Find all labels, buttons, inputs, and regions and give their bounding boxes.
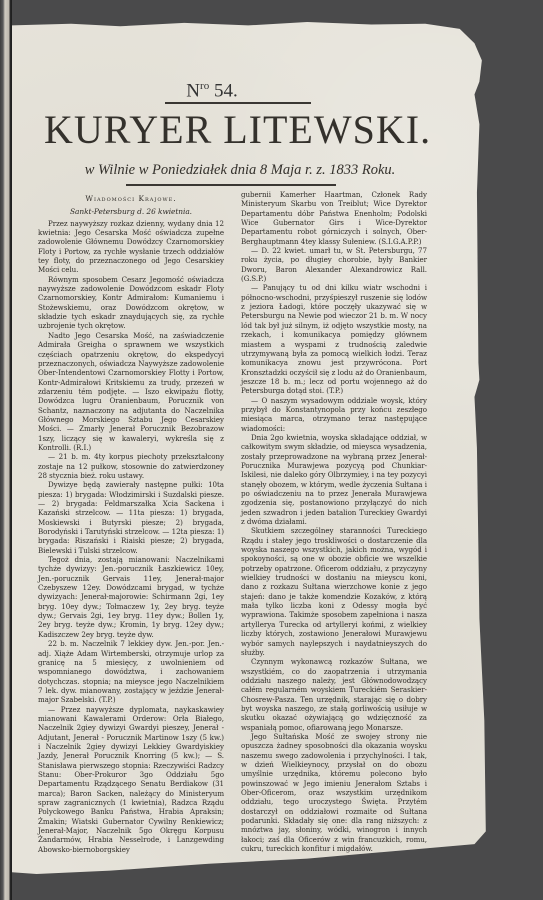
article-paragraph: Nadto Jego Cesarska Mość, na zaświadczen… <box>38 331 224 452</box>
header-rule-bottom <box>126 184 336 186</box>
article-paragraph: gubernii Kamerher Haartman, Członek Rady… <box>241 190 427 246</box>
article-paragraph: Przez naywyższy rozkaz dzienny, wydany d… <box>38 219 224 275</box>
article-paragraph: Czynnym wykonawcą rozkazów Sułtana, we w… <box>241 657 427 732</box>
issue-number-sup: ro <box>200 80 209 92</box>
dateline: w Wilnie w Poniedziałek dnia 8 Maja r. z… <box>60 162 420 179</box>
article-paragraph: — Przez naywyższe dyplomata, naykaskawie… <box>38 705 224 855</box>
article-paragraph: Dnia 2go kwietnia, woyska składające odd… <box>241 433 427 526</box>
section-heading: Wiadomości Krajowe. <box>38 194 224 203</box>
article-paragraph: Równym sposobem Cesarz Jegomość oświadcz… <box>38 275 224 331</box>
article-paragraph: — D. 22 kwiet. umarł tu, w St. Petersbur… <box>241 246 427 283</box>
article-paragraph: Jego Sułtańska Mość ze swojey strony nie… <box>241 732 427 853</box>
book-binding-edge <box>0 0 12 900</box>
issue-number-value: 54. <box>214 80 238 101</box>
article-paragraph: — Panujący tu od dni kilku wiatr wschodn… <box>241 283 427 395</box>
right-column: gubernii Kamerher Haartman, Członek Rady… <box>241 190 427 853</box>
article-paragraph: 22 b. m. Naczelnik 7 lekkiey dyw. Jen.-p… <box>38 639 224 704</box>
article-paragraph: — O naszym wysadowym oddziale woysk, któ… <box>241 396 427 433</box>
header-rule-top <box>165 102 311 104</box>
issue-number: Nro 54. <box>12 80 412 102</box>
article-paragraph: Skutkiem szczególney staranności Turecki… <box>241 526 427 657</box>
left-column: Wiadomości Krajowe. Sankt-Petersburg d. … <box>38 192 224 854</box>
article-paragraph: Dywizye będą zawierały następne pułki: 1… <box>38 480 224 555</box>
newspaper-page: Nro 54. KURYER LITEWSKI. w Wilnie w Poni… <box>12 22 504 874</box>
place-date-heading: Sankt-Petersburg d. 26 kwietnia. <box>38 207 224 216</box>
masthead-title: KURYER LITEWSKI. <box>44 106 424 154</box>
article-paragraph: Tegoż dnia, zostają mianowani: Naczelnik… <box>38 555 224 639</box>
issue-number-prefix: N <box>186 80 200 101</box>
article-paragraph: — 21 b. m. 4ty korpus piechoty przekszta… <box>38 452 224 480</box>
